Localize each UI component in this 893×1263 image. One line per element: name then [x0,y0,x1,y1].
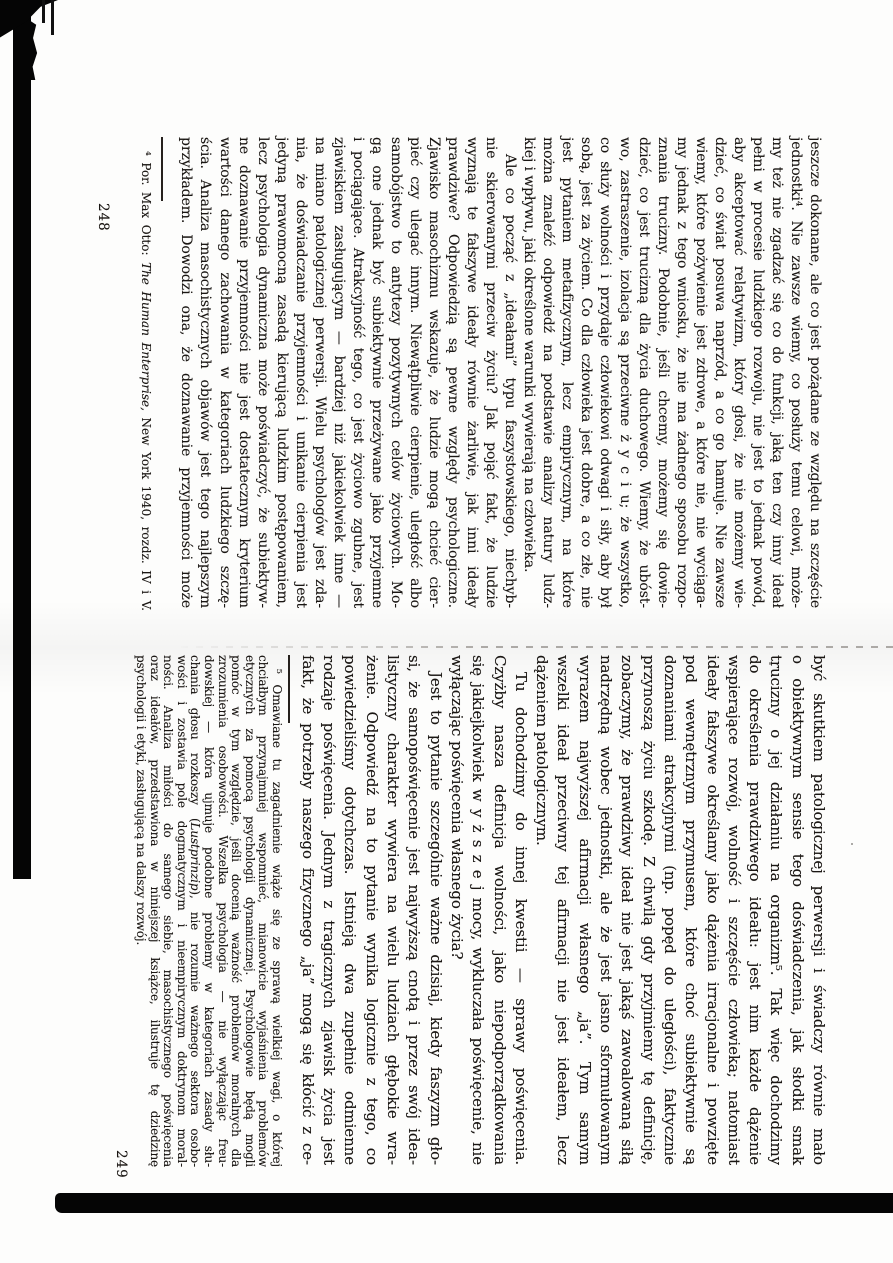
text-line: jedyną prawomocną zasadą kierującą ludzk… [272,137,291,608]
text-segment: co służy wolności i przydaje człowiekowi… [597,137,613,608]
scan-speck [769,662,771,665]
text-segment: Jest to pytanie szczególnie ważne dzisia… [427,672,445,1165]
text-line: przynoszą życiu szkodę. Z chwilą gdy prz… [637,655,658,1165]
scan-edge-bar [55,1193,893,1213]
text-line: nadrzędną wobec jednostki, ale że jest j… [595,655,616,1165]
text-line: do określenia prawdziwego ideału: jest n… [744,655,765,1165]
text-segment: wyłączając poświęcenia własnego życia? [448,655,466,959]
text-line: być skutkiem patologicznej perwersji i ś… [808,655,829,1165]
scanned-book-spread: jeszcze dokonane, ale co jest pożądane z… [0,0,893,1263]
text-segment: ⁴ Por. Max Otto: [139,151,153,262]
text-segment: pomóc w tym względzie, jeśli docenią waż… [229,655,243,1167]
text-line: prawdziwe? Odpowiedzią są pewne względy … [443,137,462,608]
text-segment: listyczny charakter wywiera na wielu lud… [384,655,402,1165]
text-segment: oraz ideałów, przedstawiona w niniejszej… [148,655,162,1167]
text-line: sobą, jest za życiem. Co dla człowieka j… [576,137,595,608]
text-line: wiemy, które pożywienie jest zdrowe, a k… [691,137,710,608]
page-249-footnote: ⁵ Omawiane tu zagadnienie wiąże się ze s… [133,655,283,1167]
text-segment: wiemy, które pożywienie jest zdrowe, a k… [693,137,709,608]
text-segment: pełni w procesie ludzkiego rozwoju, nie … [750,137,766,608]
text-line: doznaniami atrakcyjnymi (np. popęd do ul… [659,655,680,1165]
page-number-248: 248 [96,203,110,232]
text-segment: można znaleźć odpowiedź na podstawie ana… [540,137,556,608]
text-segment: wyrazem najwyższej afirmacji własnego „j… [576,655,594,1165]
text-segment: Czyżby nasza definicja wolności, jako ni… [491,655,509,1165]
text-segment: Ale co począć z „ideałami” typu faszysto… [502,154,518,608]
text-segment: New York 1940, rozdz. IV i V. [139,411,153,611]
text-segment: i pociągające. Atrakcyjność tego, co jes… [350,137,366,608]
text-line: się jakiejkolwiek w y ż s z e j mocy, wy… [467,655,488,1165]
text-line: lecz psychologia dynamiczna może poświad… [253,137,272,608]
text-line: nie skierowanymi przeciw życiu? Jak poją… [481,137,500,608]
text-line: si, że samopoświęcenie jest najwyższą cn… [403,655,424,1165]
footnote-line: wości i zostawia pole dogmatycznym i nie… [174,655,188,1167]
text-segment: lecz psychologia dynamiczna może poświad… [255,137,271,608]
text-line: przykładem. Dowodzi ona, że doznawanie p… [176,137,195,608]
text-line: my jednak z tego wniosku, że nie ma żadn… [672,137,691,608]
scan-edge-bar [13,0,31,879]
text-line: zjawiskiem zasługującym — bardziej niż j… [329,137,348,608]
text-line: wyłączając poświęcenia własnego życia? [446,655,467,1165]
text-line: co służy wolności i przydaje człowiekowi… [595,137,614,608]
text-line: my też nie zgadzać się co do funkcji, ja… [767,137,786,608]
text-line: aby akceptować relatywizm, który głosi, … [729,137,748,608]
text-segment: jest pytaniem metafizycznym, lecz empiry… [559,137,575,608]
text-line: pieć czy ulegać innym. Niewątpliwie cier… [405,137,424,608]
text-line: trucizny o jej działaniu na organizm⁵. T… [765,655,786,1165]
text-line: zobaczymy, że prawdziwy ideał nie jest j… [616,655,637,1165]
footnote-separator [161,137,163,201]
page-number-249: 249 [114,1150,128,1179]
footnote-line: oraz ideałów, przedstawiona w niniejszej… [147,655,161,1167]
text-segment: wartości danego zachowania w kategoriach… [217,137,233,608]
text-segment: si, że samopoświęcenie jest najwyższą cn… [405,655,423,1165]
text-segment: ności. Analiza miłości do samego siebie,… [161,655,175,1167]
text-line: ideały fałszywe określamy jako dążenia i… [701,655,722,1165]
footnote-separator [288,655,290,723]
text-line: powiedzieliśmy dotychczas. Istnieją dwa … [339,655,360,1165]
text-segment: ideały fałszywe określamy jako dążenia i… [704,655,722,1165]
footnote-line: ⁵ Omawiane tu zagadnienie wiąże się ze s… [269,655,283,1167]
text-segment: zobaczymy, że prawdziwy ideał nie jest j… [618,655,636,1165]
text-segment: o obiektywnym sensie tego doświadczenia,… [789,655,807,1165]
footnote-line: pomóc w tym względzie, jeśli docenią waż… [229,655,243,1167]
scan-corner-mark [42,0,45,23]
text-line: wyrazem najwyższej afirmacji własnego „j… [573,655,594,1165]
scan-speck [851,843,853,845]
footnote-line: psychologii i etyki, zasługującą na dals… [133,655,147,1167]
text-line: kiej i wpływu, jaki określone warunki wy… [519,137,538,608]
page-gutter-crease [148,646,893,648]
text-segment: wszelki ideał przeciwny tej afirmacji ni… [554,655,572,1165]
text-line: Tu dochodzimy do innej kwestii — sprawy … [510,655,531,1165]
page-249-body-text: być skutkiem patologicznej perwersji i ś… [297,655,829,1165]
text-line: rodzaje poświęcenia. Jednym z tragicznyc… [318,655,339,1165]
text-segment: Tu dochodzimy do innej kwestii — sprawy … [512,672,530,1165]
scan-edge-bar-jagged [29,20,38,80]
text-segment: my też nie zgadzać się co do funkcji, ja… [769,137,785,608]
text-segment: jeszcze dokonane, ale co jest pożądane z… [807,137,823,608]
footnote-line: chania głosu rozkoszy (Lustprinzip), nie… [188,655,202,1167]
text-segment: etycznych za pomocą psychologii dynamicz… [243,655,257,1167]
text-segment: znania trucizny. Podobnie, jeśli chcemy,… [655,137,671,608]
footnote-line: ności. Analiza miłości do samego siebie,… [161,655,175,1167]
text-segment: my jednak z tego wniosku, że nie ma żadn… [674,137,690,608]
text-line: wo, zastraszenie, izolacja są przeciwne … [614,137,633,608]
text-segment: chania głosu rozkoszy ( [188,655,202,823]
text-line: pod wewnętrznym przymusem, które choć su… [680,655,701,1165]
text-segment: dzieć, co świat posuwa naprzód, a co go … [712,137,728,608]
text-line: na miano patologicznej perwersji. Wielu … [310,137,329,608]
footnote-line: ⁴ Por. Max Otto: The Human Enterprise, N… [136,137,155,611]
text-segment: przykładem. Dowodzi ona, że doznawanie p… [178,137,194,608]
text-segment: pod wewnętrznym przymusem, które choć su… [682,655,700,1165]
text-segment: nie skierowanymi przeciw życiu? Jak poją… [483,137,499,608]
text-segment: do określenia prawdziwego ideału: jest n… [746,655,764,1165]
text-line: o obiektywnym sensie tego doświadczenia,… [786,655,807,1165]
text-line: pełni w procesie ludzkiego rozwoju, nie … [748,137,767,608]
text-line: wartości danego zachowania w kategoriach… [215,137,234,608]
text-line: ścia. Analiza masochistycznych objawów j… [195,137,214,608]
text-segment: kiej i wpływu, jaki określone warunki wy… [521,137,537,572]
text-segment: wości i zostawia pole dogmatycznym i nie… [175,655,189,1167]
text-segment: dowskiej — która ujmuje podobne problemy… [202,655,216,1167]
text-line: dzieć, co świat posuwa naprzód, a co go … [710,137,729,608]
italic-text: Lustprinzip [188,823,202,891]
text-segment: gą one jednak być subiektywnie przeżywan… [369,137,385,608]
text-segment: ⁵ Omawiane tu zagadnienie wiąże się ze s… [270,669,284,1167]
text-segment: fakt, że potrzeby naszego fizycznego „ja… [299,655,317,1165]
page-248-body-text: jeszcze dokonane, ale co jest pożądane z… [176,137,824,608]
text-segment: zjawiskiem zasługującym — bardziej niż j… [331,137,347,608]
footnote-line: zrozumienia osobowości. Wszelka psycholo… [215,655,229,1167]
text-line: nia, że doświadczanie przyjemności i uni… [291,137,310,608]
text-segment: powiedzieliśmy dotychczas. Istnieją dwa … [341,655,359,1165]
text-segment: rodzaje poświęcenia. Jednym z tragicznyc… [320,655,338,1165]
text-segment: pieć czy ulegać innym. Niewątpliwie cier… [407,137,423,608]
text-line: wszelki ideał przeciwny tej afirmacji ni… [552,655,573,1165]
text-segment: prawdziwe? Odpowiedzią są pewne względy … [445,137,461,608]
text-line: Zjawisko masochizmu wskazuje, że ludzie … [424,137,443,608]
footnote-line: dowskiej — która ujmuje podobne problemy… [201,655,215,1167]
text-segment: się jakiejkolwiek w y ż s z e j mocy, wy… [469,655,487,1165]
footnote-line: chciałbym przynajmniej wspomnieć, mianow… [256,655,270,1167]
text-segment: wyznają te fałszywe ideały równie żarliw… [464,137,480,608]
text-line: jest pytaniem metafizycznym, lecz empiry… [557,137,576,608]
text-line: dzieć, co jest trucizną dla życia duchow… [634,137,653,608]
scan-corner-mark [51,0,54,35]
text-segment: ścia. Analiza masochistycznych objawów j… [198,137,214,608]
text-segment: jedyną prawomocną zasadą kierującą ludzk… [274,137,290,608]
text-segment: wo, zastraszenie, izolacja są przeciwne … [617,137,633,608]
text-segment: być skutkiem patologicznej perwersji i ś… [810,655,828,1165]
page-248-footnote: ⁴ Por. Max Otto: The Human Enterprise, N… [136,137,155,611]
text-segment: żenie. Odpowiedź na to pytanie wynika lo… [363,655,381,1165]
text-segment: dzieć, co jest trucizną dla życia duchow… [636,137,652,608]
footnote-line: etycznych za pomocą psychologii dynamicz… [242,655,256,1167]
text-segment: sobą, jest za życiem. Co dla człowieka j… [578,137,594,608]
text-segment: psychologii i etyki, zasługującą na dals… [134,655,148,945]
text-line: samobójstwo to antytezy pozytywnych celó… [386,137,405,608]
text-line: jednostki⁴. Nie zawsze wiemy, co posłuży… [786,137,805,608]
text-segment: zrozumienia osobowości. Wszelka psycholo… [216,655,230,1167]
text-segment: nadrzędną wobec jednostki, ale że jest j… [597,655,615,1165]
text-line: znania trucizny. Podobnie, jeśli chcemy,… [653,137,672,608]
italic-text: The Human Enterprise, [139,262,153,411]
text-line: listyczny charakter wywiera na wielu lud… [382,655,403,1165]
text-line: można znaleźć odpowiedź na podstawie ana… [538,137,557,608]
text-segment: samobójstwo to antytezy pozytywnych celó… [388,137,404,608]
text-line: i pociągające. Atrakcyjność tego, co jes… [348,137,367,608]
text-segment: trucizny o jej działaniu na organizm⁵. T… [767,655,785,1165]
text-segment: chciałbym przynajmniej wspomnieć, mianow… [256,655,270,1167]
text-segment: ), nie rozumie ważnego sektora osobo- [188,890,202,1167]
text-segment: doznaniami atrakcyjnymi (np. popęd do ul… [661,655,679,1165]
text-line: gą one jednak być subiektywnie przeżywan… [367,137,386,608]
text-line: Ale co począć z „ideałami” typu faszysto… [500,137,519,608]
text-line: jeszcze dokonane, ale co jest pożądane z… [805,137,824,608]
text-line: Jest to pytanie szczególnie ważne dzisia… [424,655,445,1165]
text-segment: przynoszą życiu szkodę. Z chwilą gdy prz… [640,655,658,1165]
text-segment: ne doznawanie przyjemności nie jest dost… [236,137,252,608]
text-line: wyznają te fałszywe ideały równie żarliw… [462,137,481,608]
text-line: dążeniem patologicznym. [531,655,552,1165]
text-segment: wspierające rozwój, wolność i szczęście … [725,655,743,1165]
text-segment: nia, że doświadczanie przyjemności i uni… [293,137,309,608]
text-line: żenie. Odpowiedź na to pytanie wynika lo… [360,655,381,1165]
text-segment: dążeniem patologicznym. [533,655,551,846]
text-segment: na miano patologicznej perwersji. Wielu … [312,137,328,608]
rotated-scan-surface: jeszcze dokonane, ale co jest pożądane z… [0,0,893,1263]
text-line: Czyżby nasza definicja wolności, jako ni… [488,655,509,1165]
text-line: fakt, że potrzeby naszego fizycznego „ja… [297,655,318,1165]
text-segment: jednostki⁴. Nie zawsze wiemy, co posłuży… [788,137,804,608]
text-line: wspierające rozwój, wolność i szczęście … [723,655,744,1165]
text-line: ne doznawanie przyjemności nie jest dost… [234,137,253,608]
text-segment: aby akceptować relatywizm, który głosi, … [731,137,747,608]
text-segment: Zjawisko masochizmu wskazuje, że ludzie … [426,137,442,608]
